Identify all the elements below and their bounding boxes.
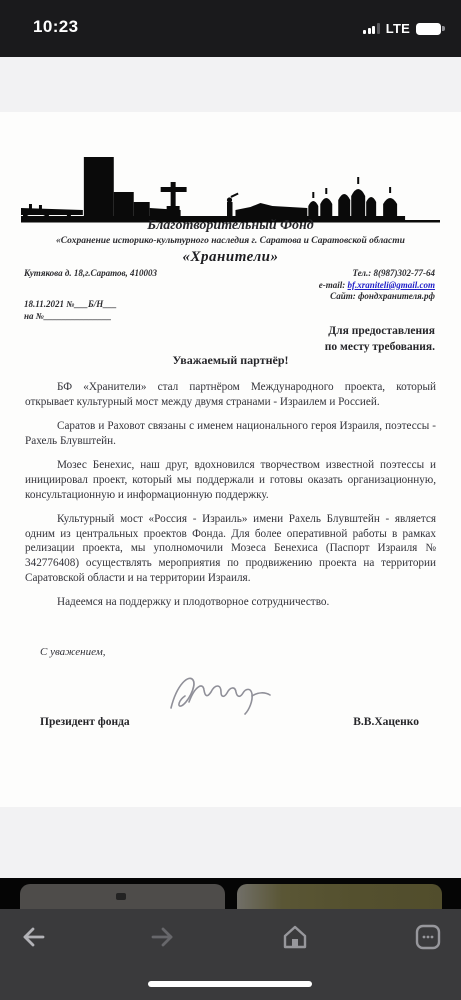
addressee-line-1: Для предоставления xyxy=(235,324,435,340)
browser-navigation-bar xyxy=(0,909,461,1000)
paragraph-3: Мозес Бенехис, наш друг, вдохновился тво… xyxy=(25,458,436,502)
sender-address-block: Кутякова д. 18,г.Саратов, 410003 18.11.2… xyxy=(24,268,234,322)
email-link[interactable]: bf.xraniteli@gmail.com xyxy=(348,280,436,290)
scanned-letter-page: Благотворительный Фонд «Сохранение истор… xyxy=(0,112,461,807)
paragraph-4: Культурный мост «Россия - Израиль» имени… xyxy=(25,512,436,585)
site-label: Сайт: xyxy=(330,291,356,301)
letter-date-number: 18.11.2021 №___Б/Н___ xyxy=(24,298,234,310)
closing-phrase: С уважением, xyxy=(40,646,105,658)
paragraph-1: БФ «Хранители» стал партнёром Международ… xyxy=(25,380,436,409)
foundation-type-title: Благотворительный Фонд xyxy=(0,218,461,234)
sender-contact-block: Тел.: 8(987)302-77-64 e-mail: bf.xranite… xyxy=(245,268,435,303)
site-value: фондхранителя.рф xyxy=(358,291,435,301)
thumbnail-previous-photo[interactable] xyxy=(20,884,225,909)
pages-icon[interactable] xyxy=(413,922,443,952)
letter-body: БФ «Хранители» стал партнёром Международ… xyxy=(25,380,436,610)
foundation-subtitle: «Сохранение историко-культурного наследи… xyxy=(0,236,461,246)
page-background-bottom xyxy=(0,807,461,878)
signer-name: В.В.Хаценко xyxy=(353,716,419,728)
network-type-label: LTE xyxy=(386,21,410,36)
sender-address: Кутякова д. 18,г.Саратов, 410003 xyxy=(24,268,234,278)
phone-screen: 10:23 LTE xyxy=(0,0,461,1000)
forward-icon[interactable] xyxy=(148,922,178,952)
home-indicator[interactable] xyxy=(148,981,312,987)
email-label: e-mail: xyxy=(319,280,346,290)
paragraph-2: Саратов и Раховот связаны с именем нацио… xyxy=(25,419,436,448)
paragraph-5: Надеемся на поддержку и плодотворное сот… xyxy=(25,595,436,610)
salutation: Уважаемый партнёр! xyxy=(0,353,461,368)
signature-image xyxy=(163,666,278,718)
phone-line: Тел.: 8(987)302-77-64 xyxy=(245,268,435,280)
addressee-block: Для предоставления по месту требования. xyxy=(235,324,435,355)
battery-icon xyxy=(416,23,441,35)
clock: 10:23 xyxy=(33,17,78,37)
foundation-name: «Хранители» xyxy=(0,249,461,266)
back-icon[interactable] xyxy=(18,922,48,952)
home-icon[interactable] xyxy=(280,922,310,952)
signer-title: Президент фонда xyxy=(40,716,130,728)
page-background-top xyxy=(0,57,461,112)
photo-thumbnail-strip xyxy=(0,878,461,909)
status-bar: 10:23 LTE xyxy=(0,0,461,57)
cellular-signal-icon xyxy=(363,23,380,34)
reference-number-line: на №_______________ xyxy=(24,310,234,322)
saratov-skyline-silhouette-image xyxy=(21,146,440,226)
thumbnail-next-photo[interactable] xyxy=(237,884,442,909)
